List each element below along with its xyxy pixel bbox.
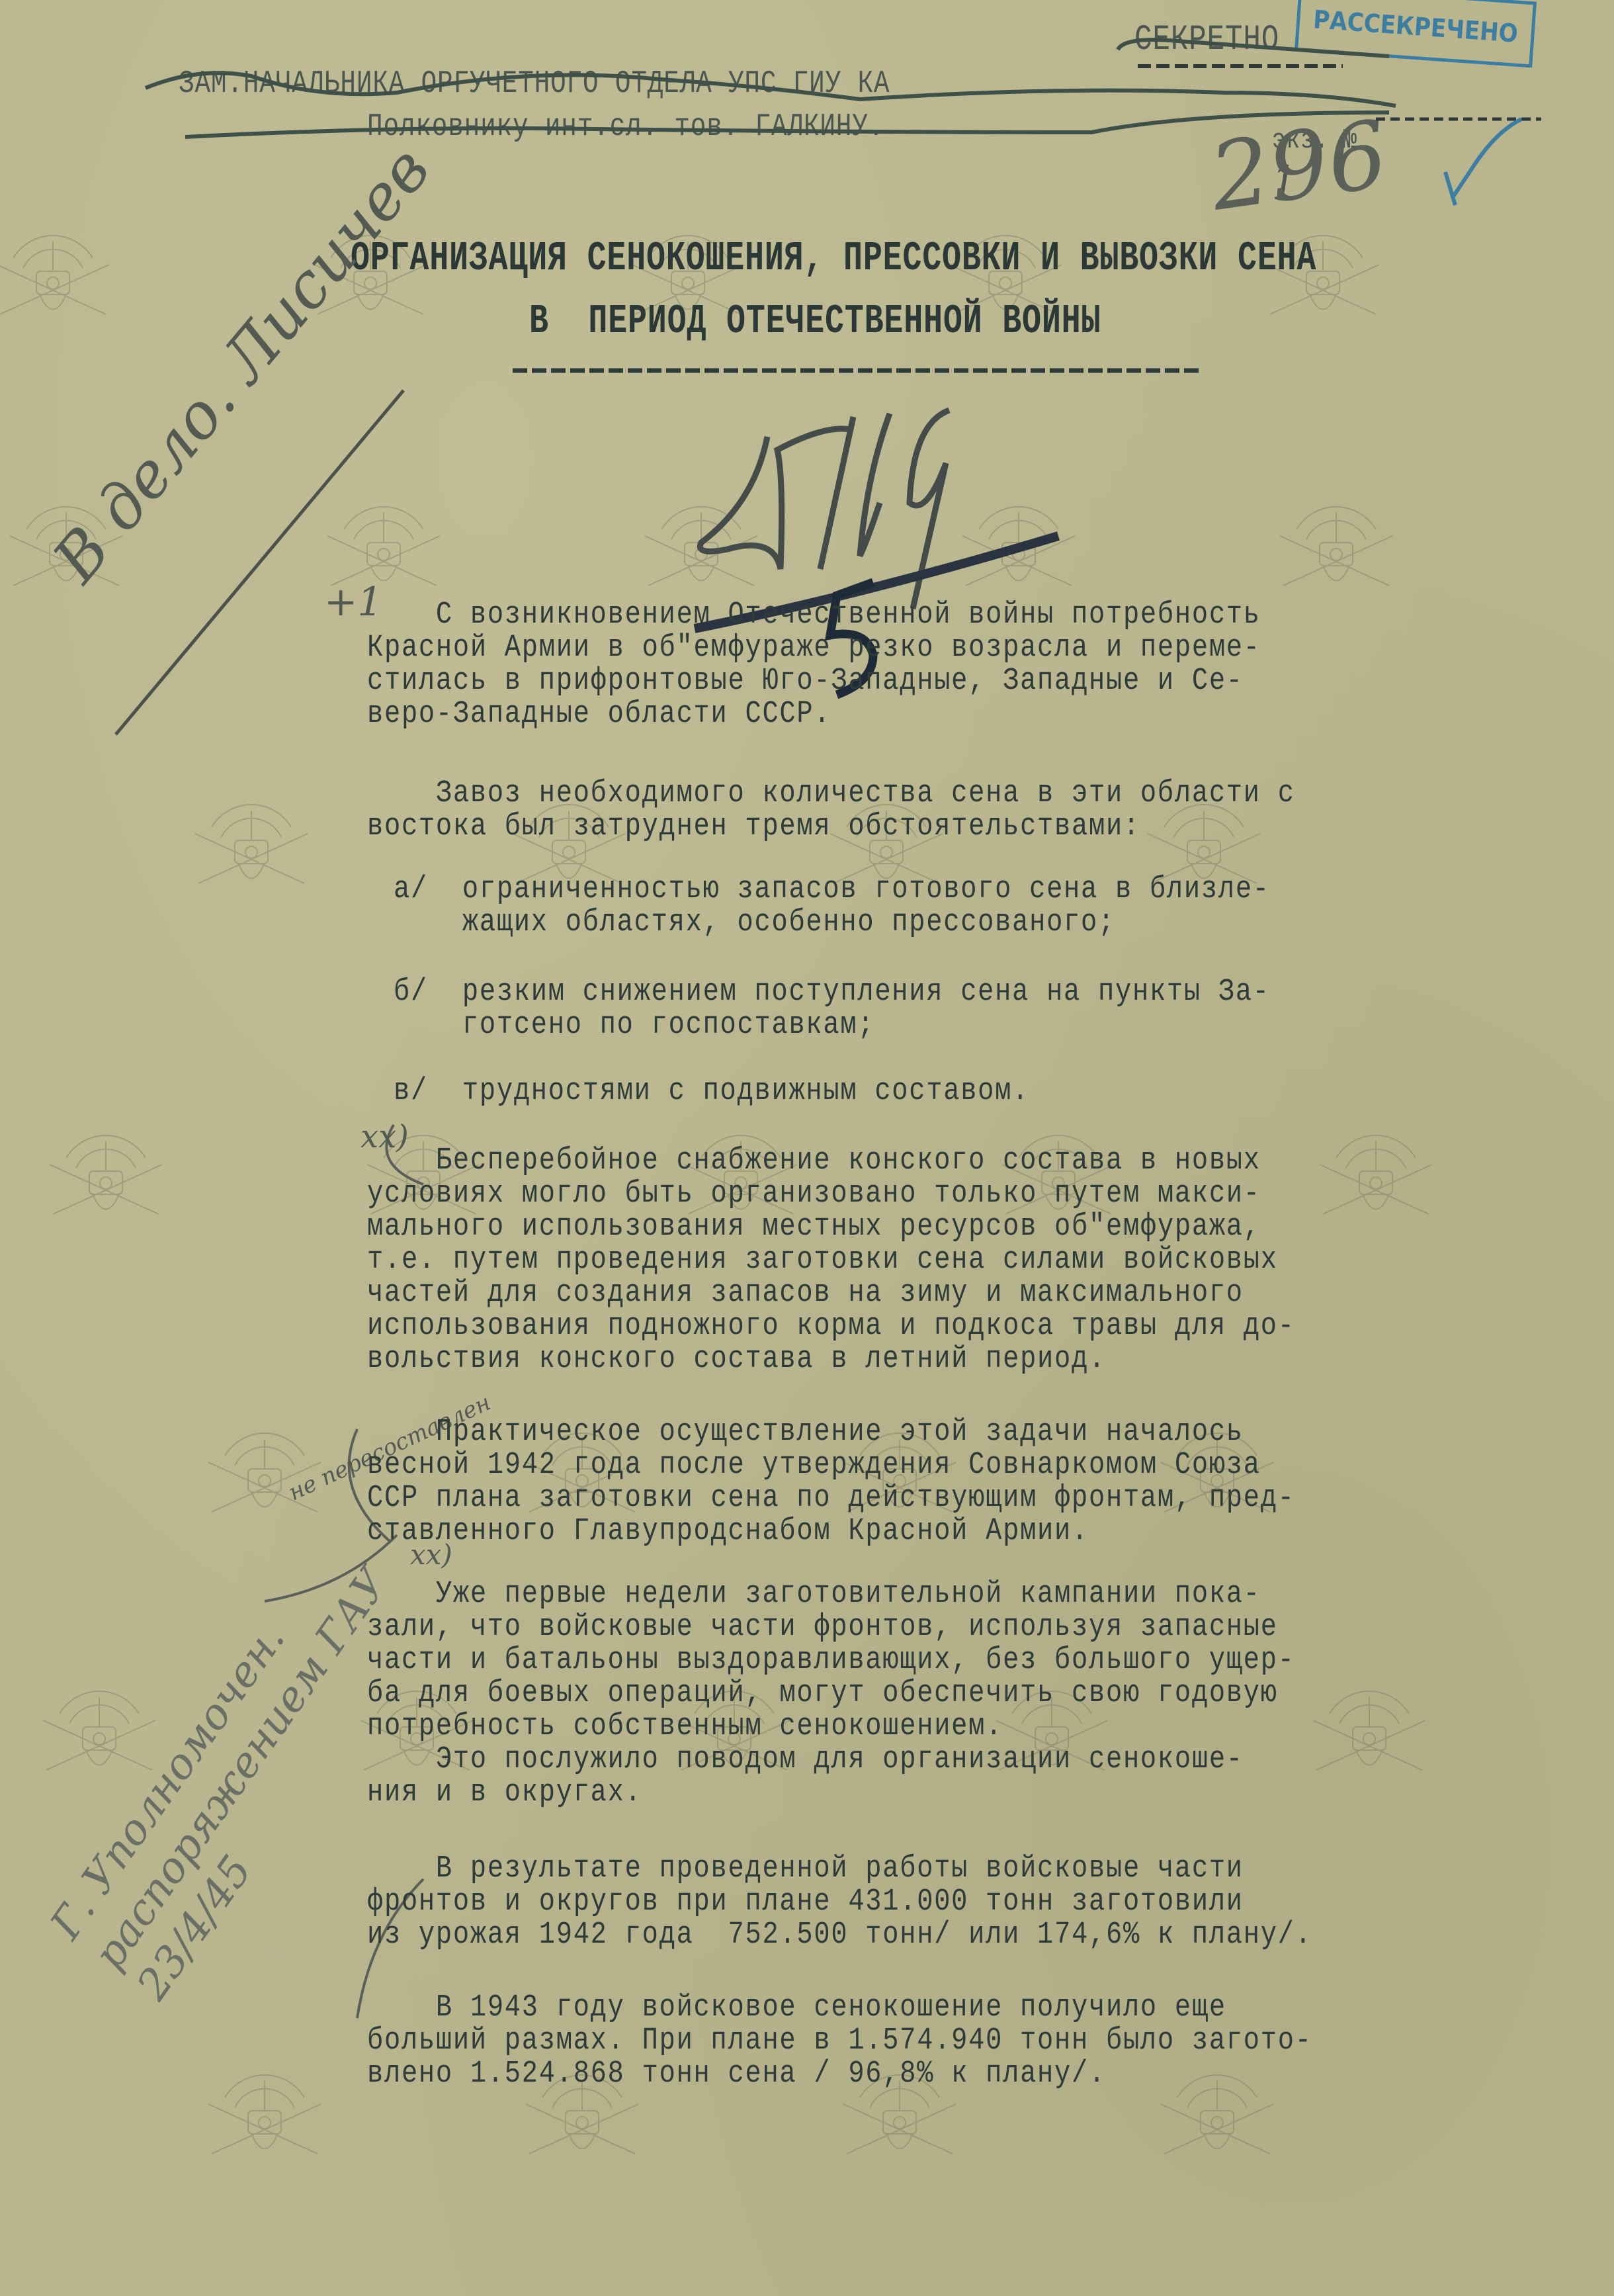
text-line: ставленного Главупродснабом Красной Арми… — [367, 1515, 1089, 1548]
document-title-line-2: В ПЕРИОД ОТЕЧЕСТВЕННОЙ ВОЙНЫ — [529, 298, 1101, 345]
text-line: б/ резким снижением поступления сена на … — [394, 976, 1270, 1009]
text-line: Уже первые недели заготовительной кампан… — [367, 1578, 1261, 1611]
text-line: В результате проведенной работы войсковы… — [367, 1853, 1244, 1886]
text-line: Красной Армии в об"емфураже резко возрас… — [367, 632, 1261, 665]
text-line: в/ трудностями с подвижным составом. — [394, 1075, 1029, 1108]
text-line: фронтов и округов при плане 431.000 тонн… — [367, 1886, 1244, 1919]
text-line: потребность собственным сенокошением. — [367, 1710, 1003, 1744]
text-line: больший размах. При плане в 1.574.940 то… — [367, 2025, 1312, 2058]
text-line: мального использования местных ресурсов … — [367, 1211, 1261, 1244]
text-line: В 1943 году войсковое сенокошение получи… — [367, 1992, 1226, 2025]
text-line: ба для боевых операций, могут обеспечить… — [367, 1677, 1278, 1710]
text-line: из урожая 1942 года 752.500 тонн/ или 17… — [367, 1919, 1312, 1952]
text-line: готсено по госпоставкам; — [394, 1009, 874, 1042]
text-line: использования подножного корма и подкоса… — [367, 1310, 1295, 1343]
text-line: Практическое осуществление этой задачи н… — [367, 1416, 1244, 1449]
addressee-line-1: ЗАМ.НАЧАЛЬНИКА ОРГУЧЕТНОГО ОТДЕЛА УПС ГИ… — [179, 66, 890, 102]
text-line: Завоз необходимого количества сена в эти… — [367, 777, 1295, 811]
text-line: т.е. путем проведения заготовки сена сил… — [367, 1244, 1278, 1277]
text-line: востока был затруднен тремя обстоятельст… — [367, 811, 1140, 844]
text-line: Это послужило поводом для организации се… — [367, 1744, 1244, 1777]
text-line: жащих областях, особенно прессованого; — [394, 906, 1115, 940]
text-line: стилась в прифронтовые Юго-Западные, Зап… — [367, 665, 1244, 698]
text-line: части и батальоны выздоравливающих, без … — [367, 1644, 1295, 1677]
text-line: а/ ограниченностью запасов готового сена… — [394, 873, 1270, 906]
text-line: условиях могло быть организовано только … — [367, 1178, 1261, 1211]
addressee-line-2: Полковнику инт.сл. тов. ГАЛКИНУ. — [367, 109, 884, 145]
text-line: С возникновением Отечественной войны пот… — [367, 599, 1261, 632]
text-line: зали, что войсковые части фронтов, испол… — [367, 1611, 1278, 1644]
text-line: весной 1942 года после утверждения Совна… — [367, 1449, 1261, 1482]
text-line: влено 1.524.868 тонн сена / 96,8% к план… — [367, 2058, 1106, 2091]
classification-label: СЕКРЕТНО — [1134, 20, 1279, 60]
document-title-line-1: ОРГАНИЗАЦИЯ СЕНОКОШЕНИЯ, ПРЕССОВКИ И ВЫВ… — [351, 235, 1316, 282]
text-line: Бесперебойное снабжение конского состава… — [367, 1145, 1261, 1178]
text-line: веро-Западные области СССР. — [367, 698, 831, 731]
text-line: частей для создания запасов на зиму и ма… — [367, 1277, 1244, 1310]
text-line: ССР плана заготовки сена по действующим … — [367, 1482, 1295, 1515]
text-line: вольствия конского состава в летний пери… — [367, 1343, 1106, 1376]
text-line: ния и в округах. — [367, 1777, 642, 1810]
